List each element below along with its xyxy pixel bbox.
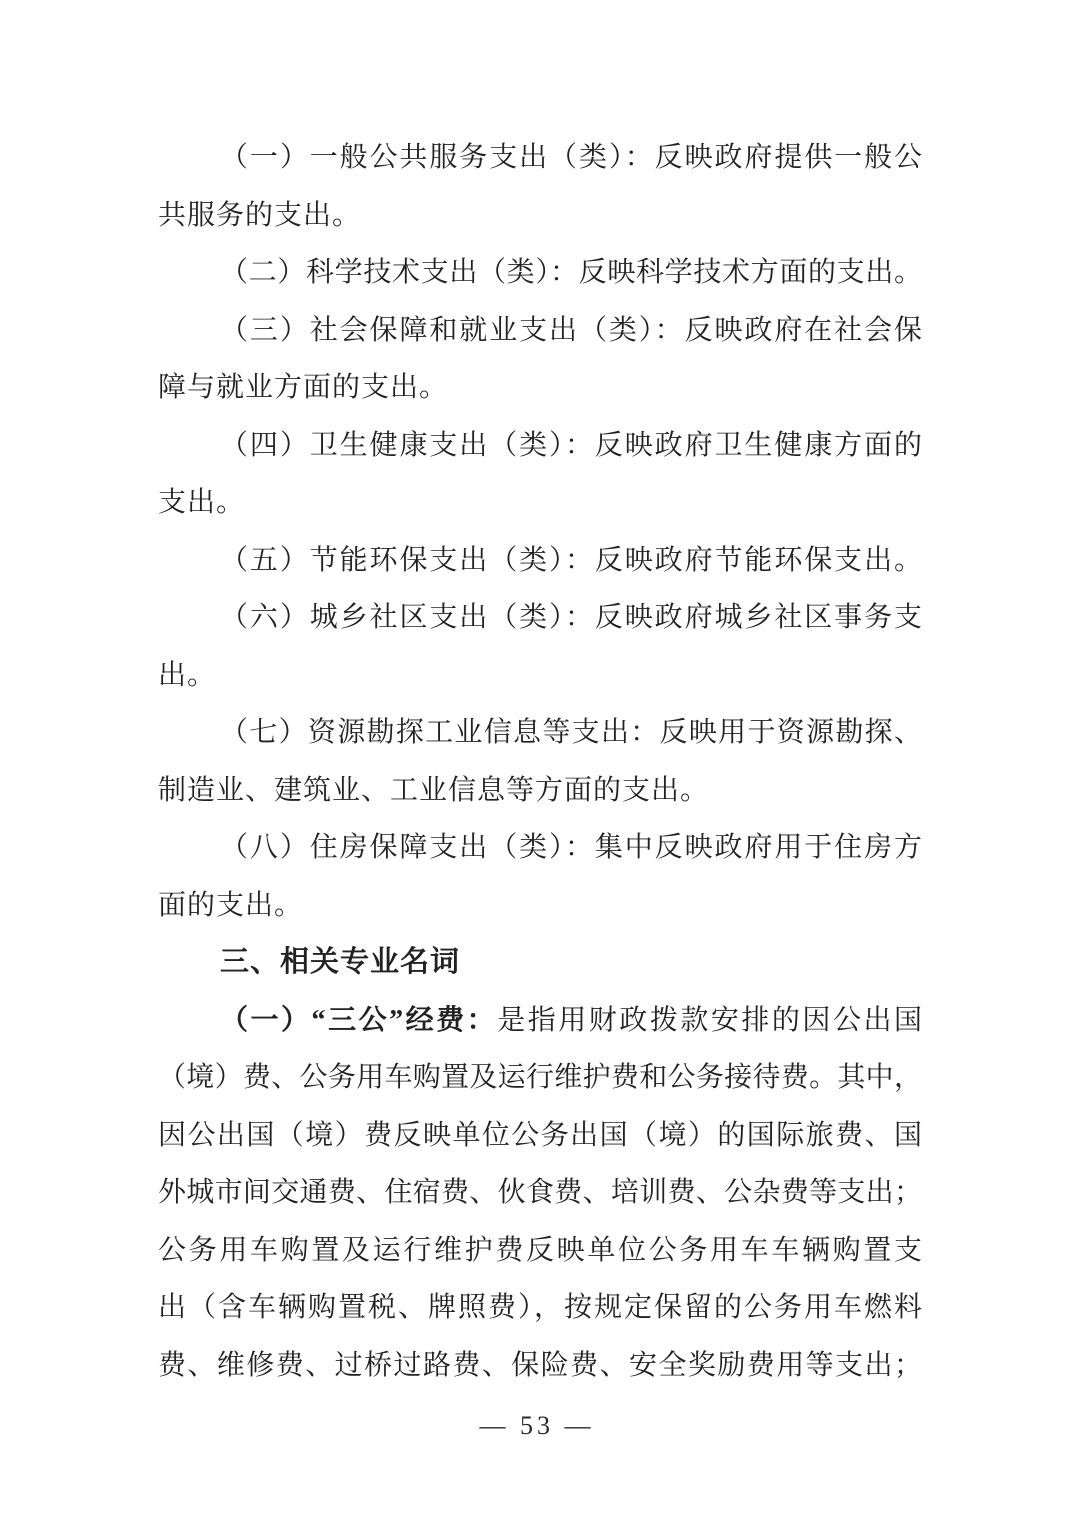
term-name-bold: （一）“三公”经费： <box>220 1005 497 1036</box>
clause-4-line-1: （四）卫生健康支出（类）：反映政府卫生健康方面的 <box>158 417 922 475</box>
term-line: 外城市间交通费、住宿费、伙食费、培训费、公杂费等支出； <box>158 1164 922 1222</box>
clause-2-line-1: （二）科学技术支出（类）：反映科学技术方面的支出。 <box>158 244 922 302</box>
document-page: （一）一般公共服务支出（类）：反映政府提供一般公 共服务的支出。 （二）科学技术… <box>158 129 922 1394</box>
term-line: （境）费、公务用车购置及运行维护费和公务接待费。其中， <box>158 1049 922 1107</box>
clause-6-line-2: 出。 <box>158 647 922 705</box>
term-line: 公务用车购置及运行维护费反映单位公务用车车辆购置支 <box>158 1222 922 1280</box>
term-lead-line: （一）“三公”经费：是指用财政拨款安排的因公出国 <box>158 992 922 1050</box>
clause-1-line-2: 共服务的支出。 <box>158 187 922 245</box>
clause-8-line-2: 面的支出。 <box>158 877 922 935</box>
clause-7-line-2: 制造业、建筑业、工业信息等方面的支出。 <box>158 762 922 820</box>
term-line: 出（含车辆购置税、牌照费），按规定保留的公务用车燃料 <box>158 1279 922 1337</box>
page-number: — 53 — <box>0 1405 1074 1447</box>
clause-5-line-1: （五）节能环保支出（类）：反映政府节能环保支出。 <box>158 532 922 590</box>
page-background: { "page": { "background_color": "#ffffff… <box>0 0 1074 1520</box>
clause-6-line-1: （六）城乡社区支出（类）：反映政府城乡社区事务支 <box>158 589 922 647</box>
term-lead-rest: 是指用财政拨款安排的因公出国 <box>497 1005 922 1036</box>
clause-7-line-1: （七）资源勘探工业信息等支出：反映用于资源勘探、 <box>158 704 922 762</box>
clause-4-line-2: 支出。 <box>158 474 922 532</box>
clause-1-line-1: （一）一般公共服务支出（类）：反映政府提供一般公 <box>158 129 922 187</box>
clause-3-line-1: （三）社会保障和就业支出（类）：反映政府在社会保 <box>158 302 922 360</box>
term-line: 费、维修费、过桥过路费、保险费、安全奖励费用等支出； <box>158 1337 922 1395</box>
clause-3-line-2: 障与就业方面的支出。 <box>158 359 922 417</box>
section-heading: 三、相关专业名词 <box>158 934 922 992</box>
term-line: 因公出国（境）费反映单位公务出国（境）的国际旅费、国 <box>158 1107 922 1165</box>
clause-8-line-1: （八）住房保障支出（类）：集中反映政府用于住房方 <box>158 819 922 877</box>
